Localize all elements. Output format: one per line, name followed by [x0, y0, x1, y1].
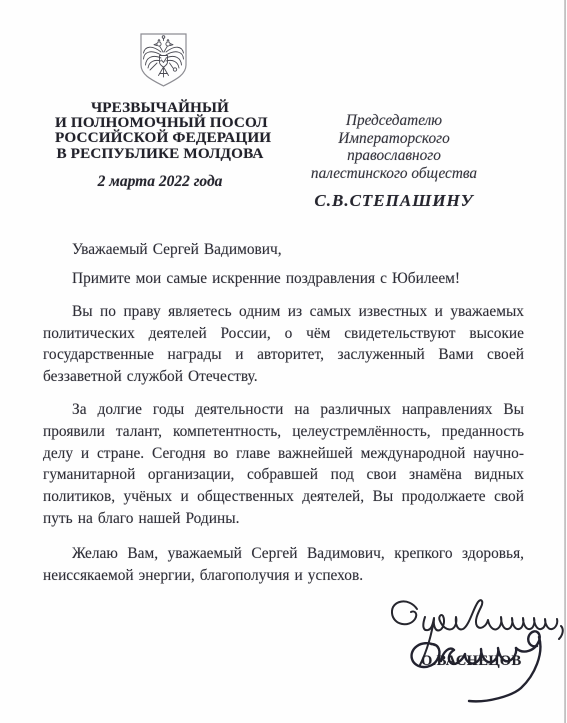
addressee-name: С.В.СТЕПАШИНУ	[294, 191, 494, 211]
letter-paragraph: За долгие годы деятельности на различных…	[43, 399, 524, 529]
russian-coat-of-arms-icon	[139, 32, 188, 88]
letterhead: ЧРЕЗВЫЧАЙНЫЙ И ПОЛНОМОЧНЫЙ ПОСОЛ РОССИЙС…	[55, 100, 265, 191]
addressee-line: палестинского общества	[294, 165, 494, 183]
emblem-shield-outline	[141, 34, 186, 86]
double-headed-eagle	[144, 36, 184, 77]
letter-paragraph: Вы по праву являетесь одним из самых изв…	[43, 301, 524, 388]
letterhead-title-line: В РЕСПУБЛИКЕ МОЛДОВА	[55, 146, 265, 161]
addressee-block: Председателю Императорского православног…	[294, 112, 494, 211]
printed-signatory-name: О.ВАСНЕЦОВ	[421, 653, 531, 670]
addressee-line: Председателю	[294, 112, 494, 130]
letterhead-title-line: РОССИЙСКОЙ ФЕДЕРАЦИИ	[55, 130, 265, 145]
letterhead-title-line: ЧРЕЗВЫЧАЙНЫЙ	[55, 100, 265, 115]
letter-page: ЧРЕЗВЫЧАЙНЫЙ И ПОЛНОМОЧНЫЙ ПОСОЛ РОССИЙС…	[0, 0, 567, 723]
letter-paragraph: Уважаемый Сергей Вадимович,	[43, 239, 524, 261]
letterhead-date: 2 марта 2022 года	[55, 173, 265, 191]
letter-body: Уважаемый Сергей Вадимович, Примите мои …	[43, 239, 524, 587]
addressee-line: Императорского православного	[294, 130, 494, 165]
letter-paragraph: Желаю Вам, уважаемый Сергей Вадимович, к…	[43, 543, 524, 586]
letter-paragraph: Примите мои самые искренние поздравления…	[43, 268, 524, 290]
